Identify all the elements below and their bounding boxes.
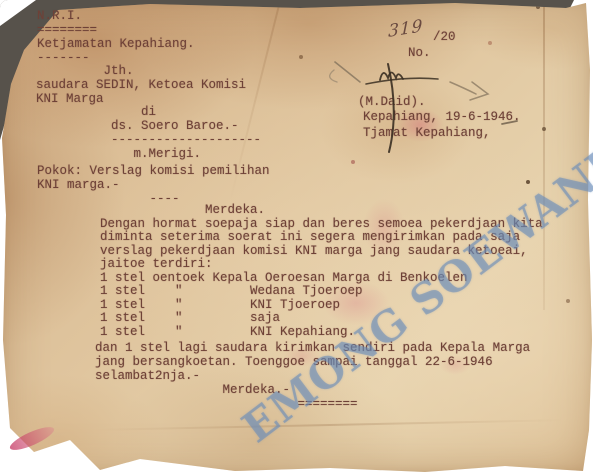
text-line: Merdeka. — [100, 204, 543, 218]
text-line: 1 stel " KNI Kepahiang. — [100, 326, 543, 340]
text-line: 1 stel " KNI Tjoeroep — [100, 299, 543, 313]
letterhead: N.R.I.========Ketjamatan Kepahiang.-----… — [37, 9, 195, 65]
text-line: -------------------- — [36, 134, 261, 148]
text-line: KNI marga.- — [37, 178, 270, 192]
text-line: Pokok: Verslag komisi pemilihan — [37, 164, 270, 178]
handwritten-number: 319 — [388, 18, 423, 40]
text-line: ds. Soero Baroe.- — [36, 120, 261, 134]
text-line: Ketjamatan Kepahiang. — [37, 37, 195, 51]
text-line: 1 stel " saja — [100, 312, 543, 326]
recipient-block: Jth.saudara SEDIN, Ketoea KomisiKNI Marg… — [36, 65, 261, 162]
text-line: saudara SEDIN, Ketoea Komisi — [36, 79, 261, 93]
text-line: ======== — [37, 23, 195, 37]
text-line: Jth. — [36, 65, 261, 79]
text-line: N.R.I. — [37, 9, 195, 23]
text-line: ------- — [37, 51, 195, 65]
text-line: m.Merigi. — [36, 148, 261, 162]
handwritten-signature — [320, 48, 550, 163]
number-suffix: /20 — [433, 29, 456, 45]
subject-block: Pokok: Verslag komisi pemilihanKNI marga… — [37, 164, 270, 206]
scanned-letter: N.R.I.========Ketjamatan Kepahiang.-----… — [0, 0, 593, 474]
